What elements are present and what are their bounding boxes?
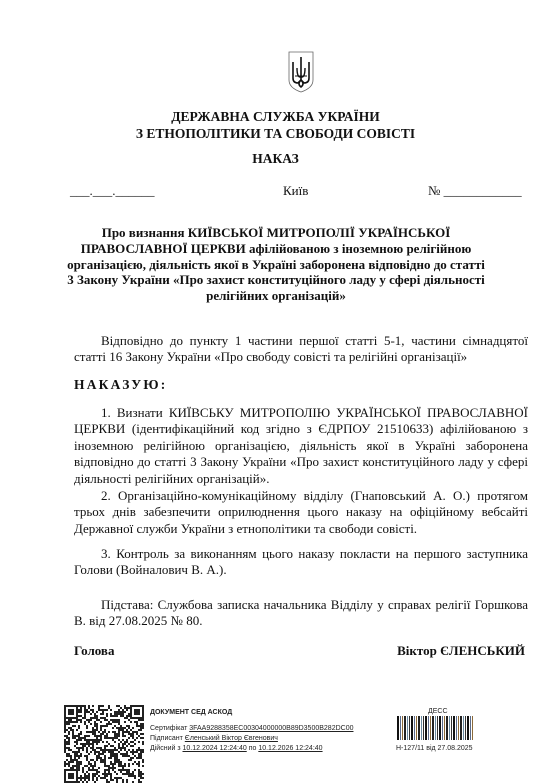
signatory-position: Голова — [74, 643, 114, 659]
valid-from: 10.12.2024 12:24:40 — [183, 745, 247, 752]
validity-row: Дійсний з 10.12.2024 12:24:40 по 10.12.2… — [150, 744, 353, 754]
number-placeholder: ____________ — [444, 183, 522, 198]
basis: Підстава: Службова записка начальника Ві… — [74, 597, 528, 630]
ukraine-trident-emblem-icon — [287, 50, 315, 94]
document-type: НАКАЗ — [0, 151, 551, 167]
signatory-name: Віктор ЄЛЕНСЬКИЙ — [397, 643, 525, 659]
org-line-1: ДЕРЖАВНА СЛУЖБА УКРАЇНИ — [0, 108, 551, 125]
signer-value: Єленський Віктор Євгенович — [185, 735, 278, 742]
order-number: № ____________ — [428, 183, 522, 199]
subject-prefix: Про визнання — [102, 225, 188, 240]
cert-value: 3FAA9288358EC00304000000B89D3500B282DC00 — [189, 725, 353, 732]
order-item-2: 2. Організаційно-комунікаційному відділу… — [74, 488, 528, 537]
number-label: № — [428, 183, 440, 198]
city: Київ — [283, 183, 308, 199]
valid-label: Дійсний з — [150, 745, 181, 752]
barcode-icon — [397, 716, 473, 740]
signature-details: Сертифікат 3FAA9288358EC00304000000B89D3… — [150, 724, 353, 754]
valid-to: 10.12.2026 12:24:40 — [258, 745, 322, 752]
cert-label: Сертифікат — [150, 725, 187, 732]
registration-number: Н-127/11 від 27.08.2025 — [396, 745, 473, 752]
valid-to-label: по — [249, 745, 257, 752]
order-word: НАКАЗУЮ: — [74, 377, 167, 393]
signer-label: Підписант — [150, 735, 183, 742]
qr-code-icon — [64, 705, 144, 783]
date-placeholder: ___.___.______ — [70, 183, 155, 199]
barcode-title: ДЕСС — [428, 708, 448, 715]
signer-row: Підписант Єленський Віктор Євгенович — [150, 734, 353, 744]
organization-name: ДЕРЖАВНА СЛУЖБА УКРАЇНИ З ЕТНОПОЛІТИКИ Т… — [0, 108, 551, 142]
order-item-1: 1. Визнати КИЇВСЬКУ МИТРОПОЛІЮ УКРАЇНСЬК… — [74, 405, 528, 487]
subject-name-2: ПРАВОСЛАВНОЇ ЦЕРКВИ — [81, 241, 246, 256]
certificate-row: Сертифікат 3FAA9288358EC00304000000B89D3… — [150, 724, 353, 734]
order-item-3: 3. Контроль за виконанням цього наказу п… — [74, 546, 528, 579]
preamble: Відповідно до пункту 1 частини першої ст… — [74, 333, 528, 366]
system-title: ДОКУМЕНТ СЕД АСКОД — [150, 709, 232, 716]
org-line-2: З ЕТНОПОЛІТИКИ ТА СВОБОДИ СОВІСТІ — [0, 125, 551, 142]
subject-name-1: КИЇВСЬКОЇ МИТРОПОЛІЇ УКРАЇНСЬКОЇ — [188, 225, 451, 240]
order-subject: Про визнання КИЇВСЬКОЇ МИТРОПОЛІЇ УКРАЇН… — [66, 225, 486, 304]
